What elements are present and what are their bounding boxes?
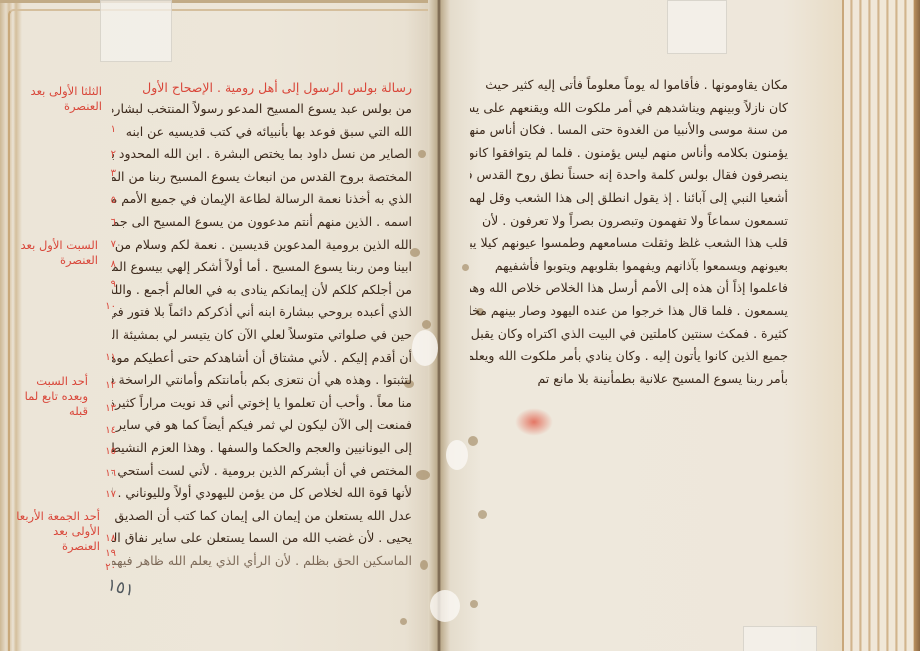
verse-number: ١ bbox=[92, 124, 116, 135]
text-line: بأمر ربنا يسوع المسيح علانية بطمأنينة بل… bbox=[470, 368, 788, 391]
verse-number: ١١ bbox=[92, 352, 116, 363]
right-page-text: مكان يقاومونها . فأقاموا له يوماً معلوما… bbox=[470, 74, 788, 390]
text-line: يسمعون . فلما قال هذا خرجوا من عنده اليه… bbox=[470, 300, 788, 323]
text-line: يحيى . لأن غضب الله من السما يستعلن على … bbox=[112, 527, 412, 550]
verse-number: ١٦ bbox=[92, 468, 116, 479]
page-stack-edges bbox=[842, 0, 920, 651]
margin-rubric: أحد الجمعة الأربعا الأولى بعد العنصرة bbox=[14, 509, 100, 554]
verse-number: ١٠ bbox=[92, 301, 116, 312]
text-line: الذي أعبده بروحي ببشارة ابنه أني أذكركم … bbox=[112, 301, 412, 324]
text-line: الصاير من نسل داود بما يختص البشرة . ابن… bbox=[112, 143, 412, 166]
archival-tape bbox=[100, 0, 172, 62]
text-line: أن أقدم إليكم . لأني مشتاق أن أشاهدكم حت… bbox=[112, 347, 412, 370]
verse-number: ١٥ bbox=[92, 446, 116, 457]
text-line: مكان يقاومونها . فأقاموا له يوماً معلوما… bbox=[470, 74, 788, 97]
verse-number: ١٣ bbox=[92, 403, 116, 414]
text-line: المختصة بروح القدس من انبعاث يسوع المسيح… bbox=[112, 166, 412, 189]
left-page-text: رسالة بولس الرسول إلى أهل رومية . الإصحا… bbox=[112, 78, 412, 572]
verse-number: ٢ bbox=[92, 149, 116, 160]
verse-number: ١٧ bbox=[92, 489, 116, 500]
text-line: الله الذين برومية المدعوين قديسين . نعمة… bbox=[112, 234, 412, 257]
text-line: منا معاً . وأحب أن تعلموا يا إخوتي أني ق… bbox=[112, 392, 412, 415]
ink-stain bbox=[418, 150, 426, 158]
text-line: الله التي سبق فوعد بها بأنبيائه في كتب ق… bbox=[112, 121, 412, 144]
ink-stain bbox=[462, 264, 469, 271]
verse-number: ٦ bbox=[92, 217, 116, 228]
text-line: إلى اليونانيين والعجم والحكما والسفها . … bbox=[112, 437, 412, 460]
ink-stain bbox=[478, 510, 487, 519]
text-line: أشعيا النبي إلى آبائنا . إذ يقول انطلق إ… bbox=[470, 187, 788, 210]
verse-number: ١٢ bbox=[92, 380, 116, 391]
text-line: ابينا ومن ربنا يسوع المسيح . أما أولاً أ… bbox=[112, 256, 412, 279]
text-line: ينصرفون فقال بولس كلمة واحدة إنه حسناً ن… bbox=[470, 164, 788, 187]
text-line: من أجلكم كلكم لأن إيمانكم ينادى به في ال… bbox=[112, 279, 412, 302]
text-line: من سنة موسى والأنبيا من الغدوة حتى المسا… bbox=[470, 119, 788, 142]
text-line: عدل الله يستعلن من إيمان الى إيمان كما ك… bbox=[112, 505, 412, 528]
text-line: كثيرة . فمكث سنتين كاملتين في البيت الذي… bbox=[470, 323, 788, 346]
water-damage bbox=[446, 440, 468, 470]
text-line: تسمعون سماعاً ولا تفهمون وتبصرون بصراً و… bbox=[470, 210, 788, 233]
text-line: بعيونهم ويسمعوا بآذانهم ويفهموا بقلوبهم … bbox=[470, 255, 788, 278]
chapter-heading: رسالة بولس الرسول إلى أهل رومية . الإصحا… bbox=[112, 78, 412, 98]
text-line: من بولس عبد يسوع المسيح المدعو رسولاً ال… bbox=[112, 98, 412, 121]
verse-number: ٢٠ bbox=[92, 562, 116, 573]
margin-rubric: السبت الأول بعد العنصرة bbox=[18, 238, 98, 268]
text-line: يؤمنون بكلامه وأناس منهم ليس يؤمنون . فل… bbox=[470, 142, 788, 165]
margin-rubric: أحد السبت وبعده تابع لما قبله bbox=[18, 374, 88, 419]
text-line: حين في صلواتي متوسلاً لعلي الآن كان يتيس… bbox=[112, 324, 412, 347]
text-line: فمنعت إلى الآن ليكون لي ثمر فيكم أيضاً ك… bbox=[112, 414, 412, 437]
ink-stain bbox=[422, 320, 431, 329]
open-manuscript: رسالة بولس الرسول إلى أهل رومية . الإصحا… bbox=[0, 0, 920, 651]
text-line: جميع الذين كانوا يأتون إليه . وكان ينادي… bbox=[470, 345, 788, 368]
margin-rubric: الثلثا الأولى بعد العنصرة bbox=[18, 84, 102, 114]
text-line: اسمه . الذين منهم أنتم مدعوون من يسوع ال… bbox=[112, 211, 412, 234]
water-damage bbox=[412, 330, 438, 366]
archival-tape bbox=[743, 626, 817, 651]
text-line: قلب هذا الشعب غلظ وثقلت مسامعهم وطمسوا ع… bbox=[470, 232, 788, 255]
text-line: الذي به أخذنا نعمة الرسالة لطاعة الإيمان… bbox=[112, 188, 412, 211]
water-damage bbox=[430, 590, 460, 622]
ink-stain bbox=[470, 600, 478, 608]
ink-stain bbox=[400, 618, 407, 625]
ink-stain bbox=[416, 470, 430, 480]
text-line: لتثبتوا . وهذه هي أن نتعزى بكم بأمانتكم … bbox=[112, 369, 412, 392]
verse-number: ١٤ bbox=[92, 425, 116, 436]
book-gutter bbox=[428, 0, 450, 651]
verse-number: ٣ bbox=[92, 168, 116, 179]
ink-stain bbox=[420, 560, 428, 570]
text-line: الماسكين الحق بظلم . لأن الرأي الذي يعلم… bbox=[112, 550, 412, 573]
red-ink-stain bbox=[515, 408, 553, 436]
book-cover-edge bbox=[914, 0, 920, 651]
text-line: لأنها قوة الله لخلاص كل من يؤمن لليهودي … bbox=[112, 482, 412, 505]
archival-tape bbox=[667, 0, 727, 54]
text-line: كان نازلاً وبينهم ويناشدهم في أمر ملكوت … bbox=[470, 97, 788, 120]
verse-number: ٩ bbox=[92, 279, 116, 290]
text-line: فاعلموا إذاً أن هذه إلى الأمم أرسل هذا ا… bbox=[470, 277, 788, 300]
verse-number: ٥ bbox=[92, 195, 116, 206]
ink-stain bbox=[468, 436, 478, 446]
text-line: المختص في أن أبشركم الذين برومية . لأني … bbox=[112, 460, 412, 483]
